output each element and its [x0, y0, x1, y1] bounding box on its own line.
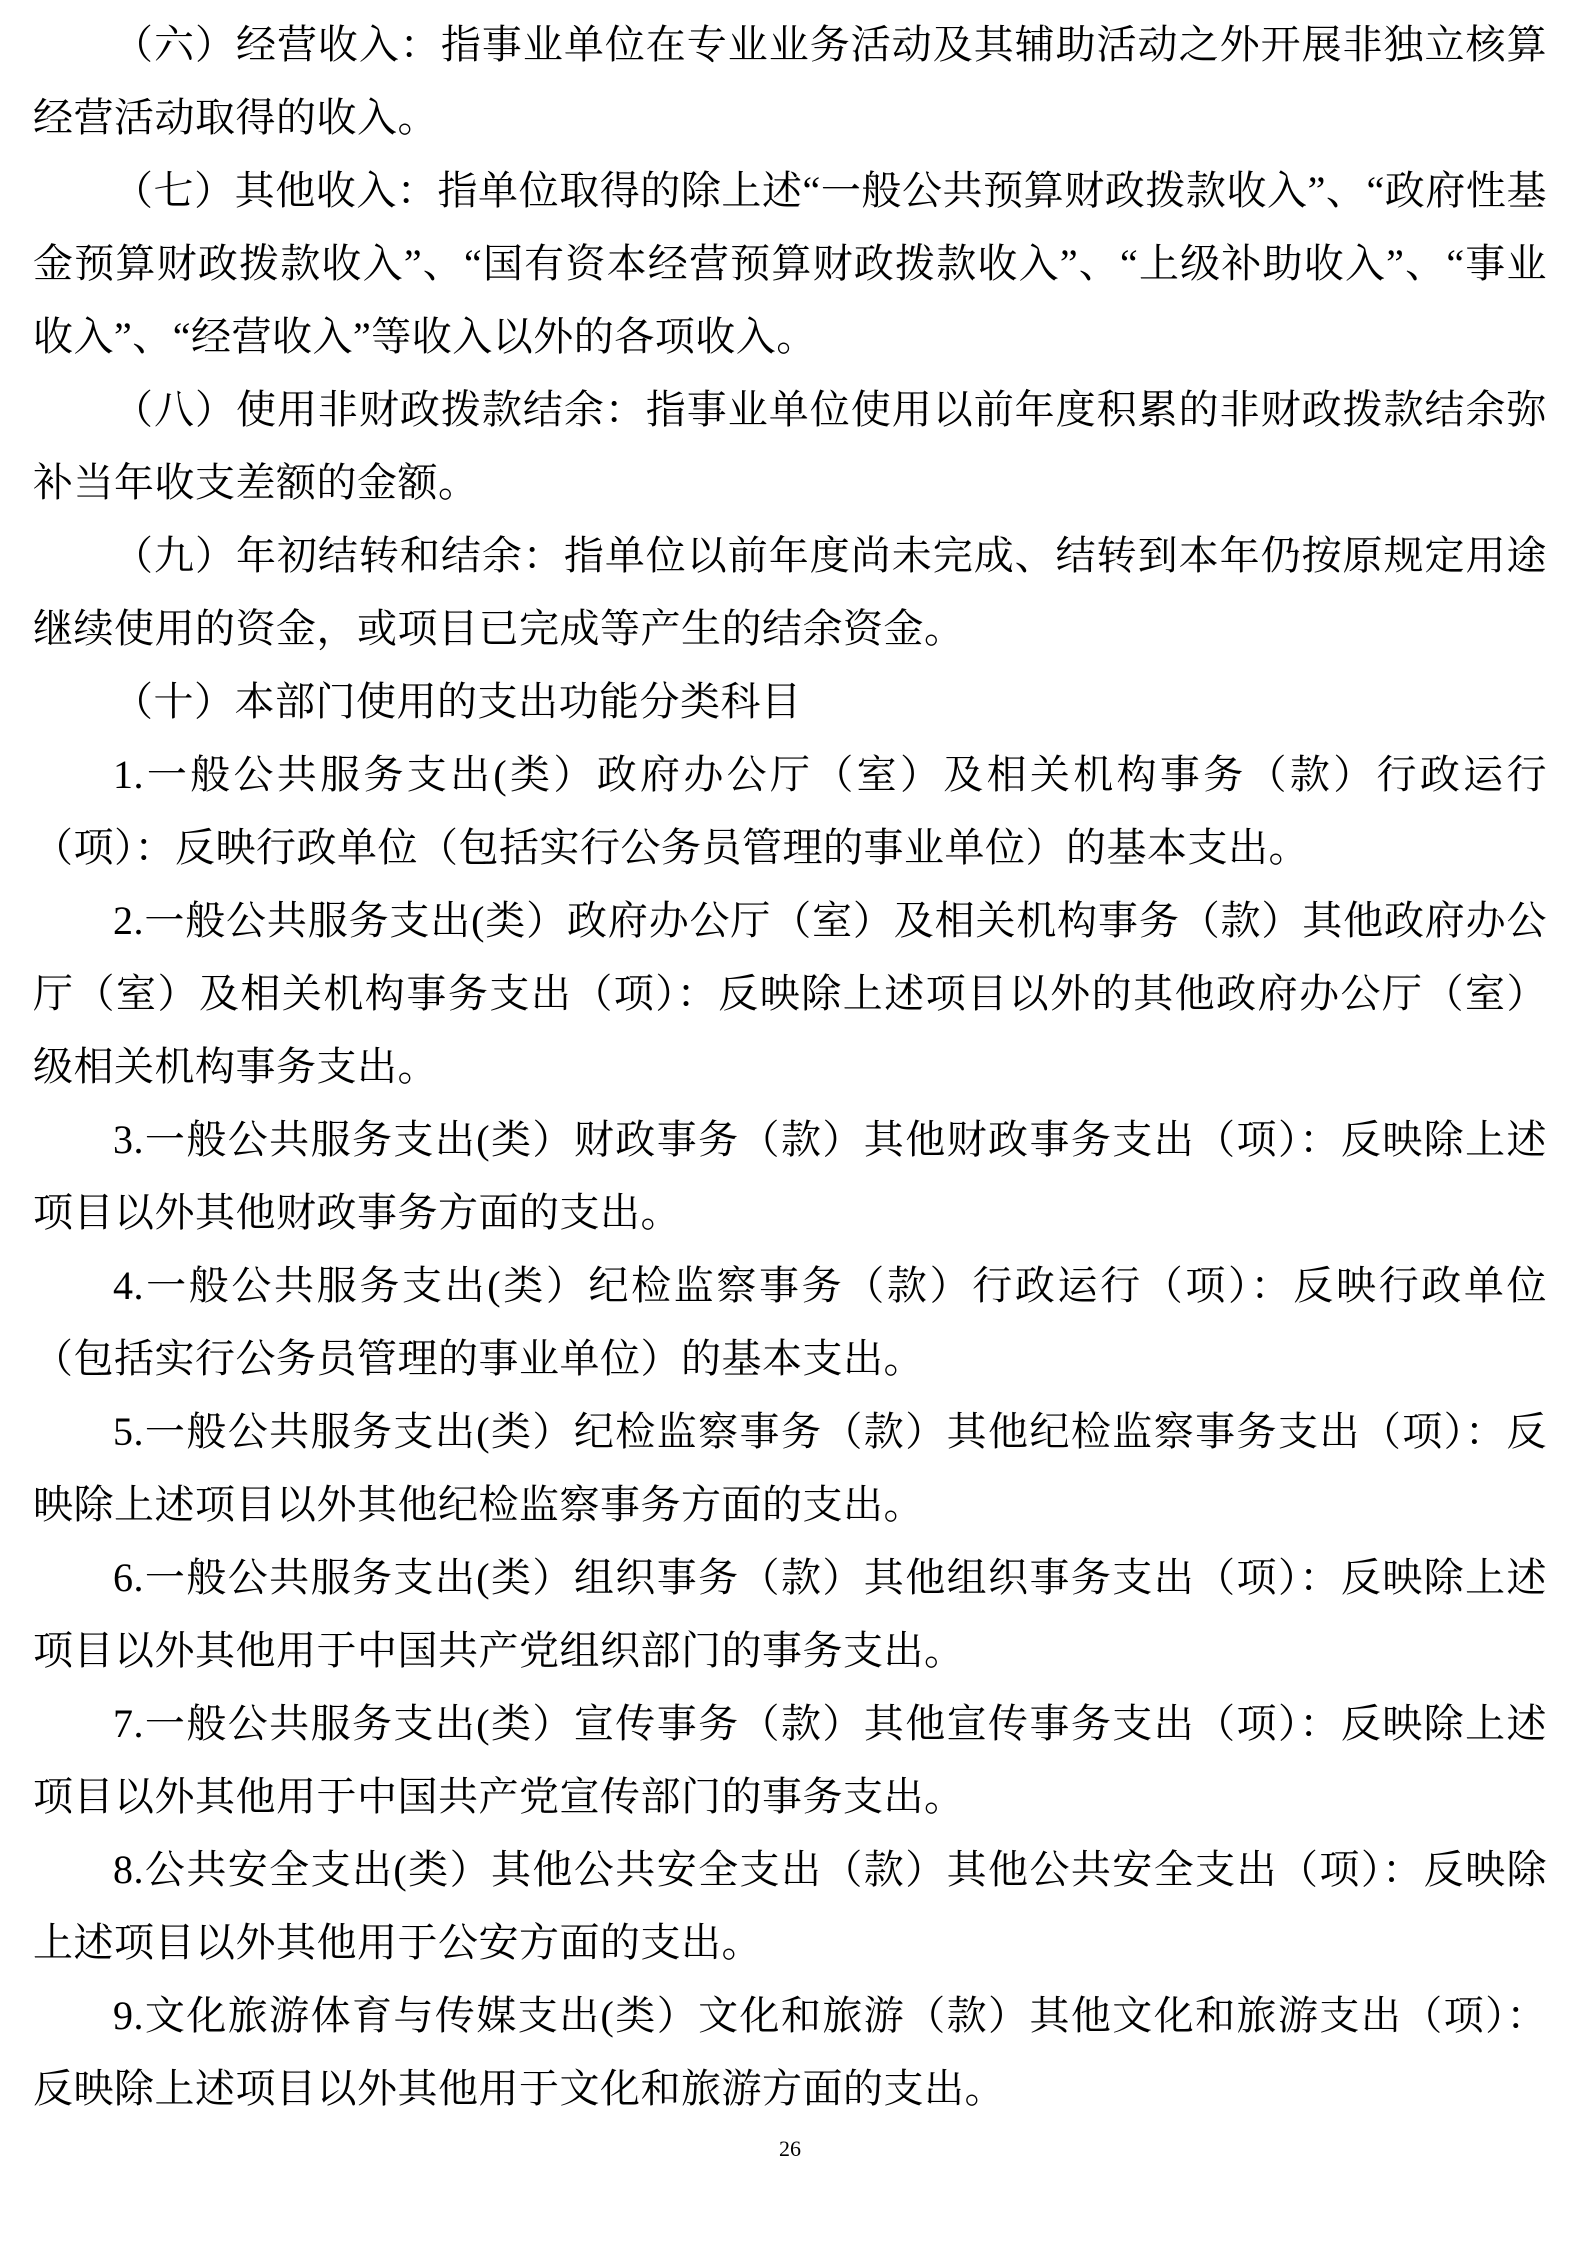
paragraph: （六）经营收入：指事业单位在专业业务活动及其辅助活动之外开展非独立核算经营活动取… — [33, 8, 1547, 154]
paragraph: 8.公共安全支出(类）其他公共安全支出（款）其他公共安全支出（项）：反映除上述项… — [33, 1833, 1547, 1979]
paragraph: 1.一般公共服务支出(类）政府办公厅（室）及相关机构事务（款）行政运行（项）：反… — [33, 738, 1547, 884]
paragraph: 2.一般公共服务支出(类）政府办公厅（室）及相关机构事务（款）其他政府办公厅（室… — [33, 884, 1547, 1103]
paragraph: 4.一般公共服务支出(类）纪检监察事务（款）行政运行（项）：反映行政单位（包括实… — [33, 1249, 1547, 1395]
paragraph: 6.一般公共服务支出(类）组织事务（款）其他组织事务支出（项）：反映除上述项目以… — [33, 1541, 1547, 1687]
page-number: 26 — [33, 2135, 1547, 2163]
paragraph: （七）其他收入：指单位取得的除上述“一般公共预算财政拨款收入”、“政府性基金预算… — [33, 154, 1547, 373]
paragraph: （九）年初结转和结余：指单位以前年度尚未完成、结转到本年仍按原规定用途继续使用的… — [33, 519, 1547, 665]
paragraph: 7.一般公共服务支出(类）宣传事务（款）其他宣传事务支出（项）：反映除上述项目以… — [33, 1687, 1547, 1833]
paragraph: 3.一般公共服务支出(类）财政事务（款）其他财政事务支出（项）：反映除上述项目以… — [33, 1103, 1547, 1249]
paragraph: （八）使用非财政拨款结余：指事业单位使用以前年度积累的非财政拨款结余弥补当年收支… — [33, 373, 1547, 519]
paragraph: 9.文化旅游体育与传媒支出(类）文化和旅游（款）其他文化和旅游支出（项）：反映除… — [33, 1979, 1547, 2125]
document-body: （六）经营收入：指事业单位在专业业务活动及其辅助活动之外开展非独立核算经营活动取… — [33, 8, 1547, 2125]
paragraph: （十）本部门使用的支出功能分类科目 — [33, 665, 1547, 738]
document-page: （六）经营收入：指事业单位在专业业务活动及其辅助活动之外开展非独立核算经营活动取… — [0, 0, 1587, 2245]
paragraph: 5.一般公共服务支出(类）纪检监察事务（款）其他纪检监察事务支出（项）：反映除上… — [33, 1395, 1547, 1541]
